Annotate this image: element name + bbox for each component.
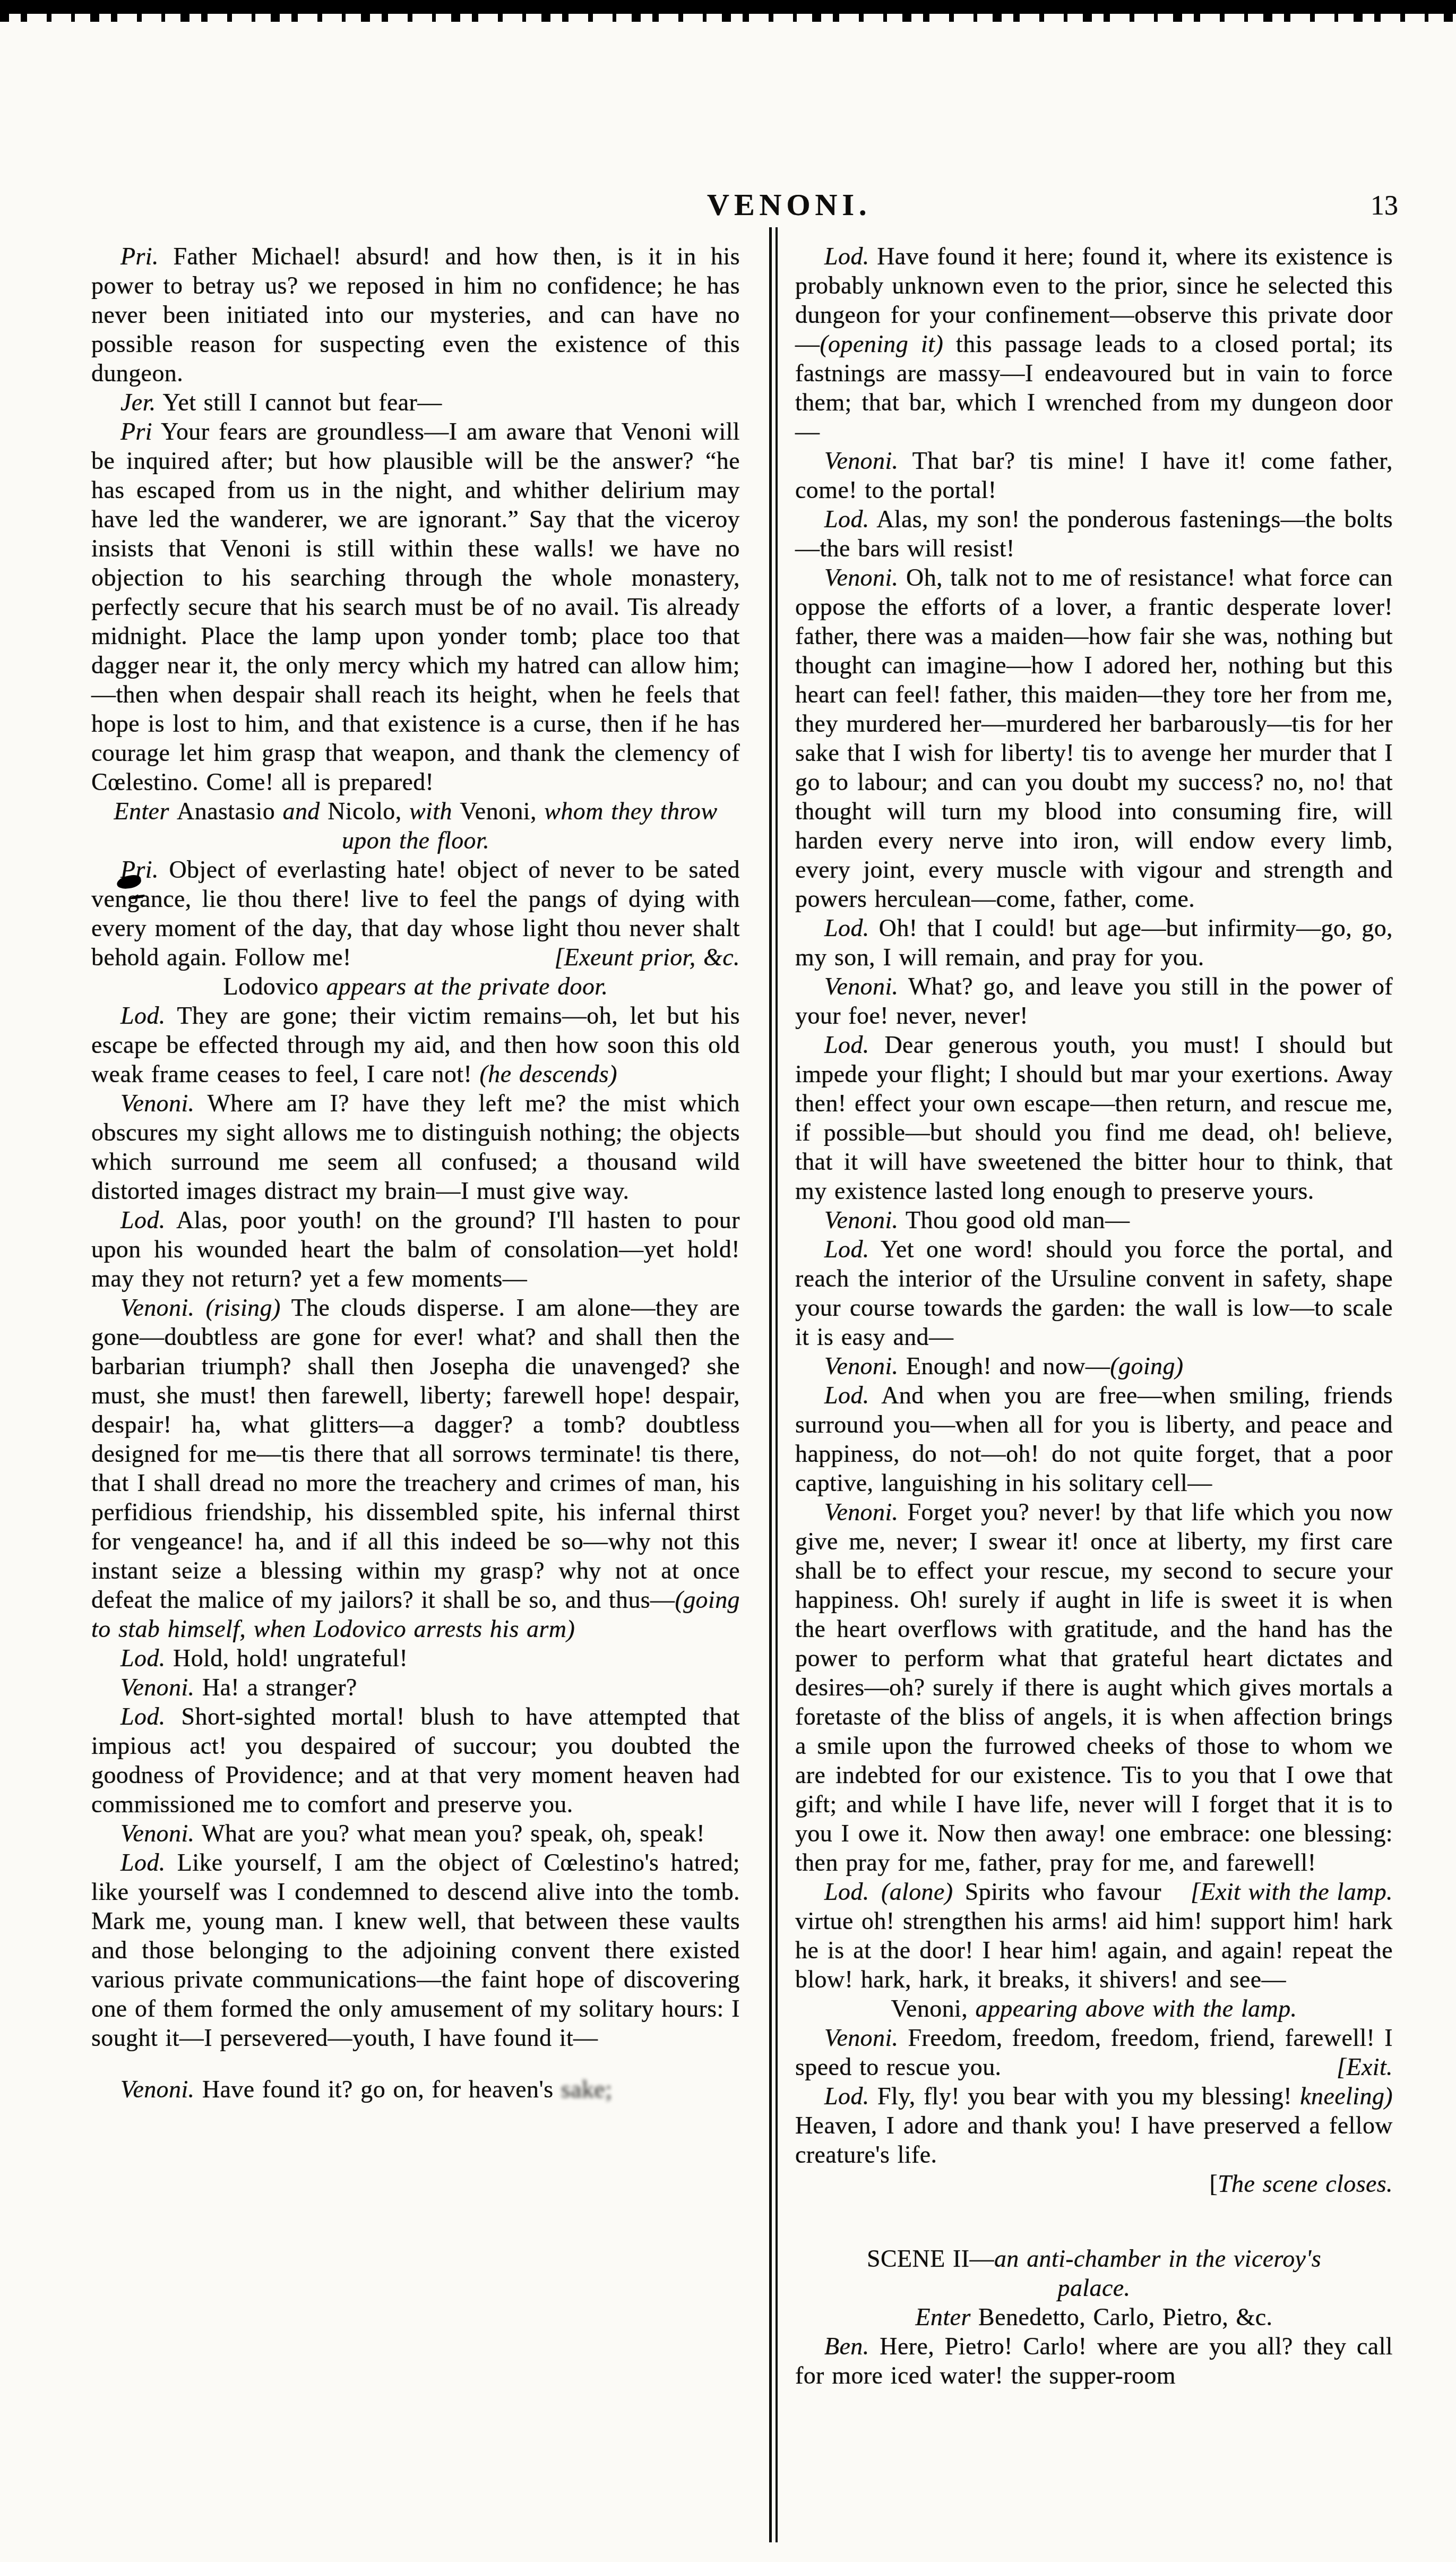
speech-paragraph: Lod. They are gone; their victim remains… <box>91 1001 740 1089</box>
stage-direction: Lodovico appears at the private door. <box>91 972 740 1001</box>
exit-direction: [The scene closes. <box>795 2169 1393 2198</box>
speech-paragraph: Venoni. Oh, talk not to me of resistance… <box>795 563 1393 913</box>
running-title: VENONI. <box>707 187 872 222</box>
stage-direction: Enter Benedetto, Carlo, Pietro, &c. <box>795 2302 1393 2332</box>
speech-paragraph: Venoni. Forget you? never! by that life … <box>795 1497 1393 1877</box>
scene-heading: SCENE II—an anti-chamber in the viceroy'… <box>837 2244 1351 2302</box>
running-head: VENONI. 13 <box>0 187 1456 229</box>
speech-paragraph: Venoni. (rising) The clouds disperse. I … <box>91 1293 740 1643</box>
speech-paragraph: Lod. Yet one word! should you force the … <box>795 1235 1393 1351</box>
speech-paragraph: Venoni. Thou good old man— <box>795 1205 1393 1235</box>
speech-paragraph: Pri Your fears are groundless—I am aware… <box>91 417 740 796</box>
speech-paragraph: Lod. Alas, my son! the ponderous fasteni… <box>795 504 1393 563</box>
column-divider-rule <box>769 227 778 2542</box>
speech-paragraph: Lod. And when you are free—when smiling,… <box>795 1381 1393 1497</box>
speech-paragraph: Lod. Short-sighted mortal! blush to have… <box>91 1702 740 1819</box>
speech-paragraph: Lod. Alas, poor youth! on the ground? I'… <box>91 1205 740 1293</box>
book-page: VENONI. 13 Pri. Father Michael! absurd! … <box>0 0 1456 2562</box>
speech-paragraph: Lod. Have found it here; found it, where… <box>795 242 1393 446</box>
speech-paragraph: Lod. Dear generous youth, you must! I sh… <box>795 1030 1393 1205</box>
speech-paragraph: Venoni. What? go, and leave you still in… <box>795 972 1393 1030</box>
speech-paragraph: Venoni. Where am I? have they left me? t… <box>91 1089 740 1205</box>
speech-paragraph: Venoni. Freedom, freedom, freedom, frien… <box>795 2023 1393 2081</box>
right-column: Lod. Have found it here; found it, where… <box>795 242 1393 2390</box>
page-number: 13 <box>1371 190 1398 221</box>
speech-paragraph: Lod. Hold, hold! ungrateful! <box>91 1643 740 1673</box>
speech-paragraph: Lod. Like yourself, I am the object of C… <box>91 1848 740 2052</box>
speech-paragraph: Venoni. What are you? what mean you? spe… <box>91 1819 740 1848</box>
speech-paragraph: Jer. Yet still I cannot but fear— <box>91 388 740 417</box>
speech-paragraph: Venoni. Ha! a stranger? <box>91 1673 740 1702</box>
speech-paragraph: Ben. Here, Pietro! Carlo! where are you … <box>795 2332 1393 2390</box>
stage-direction: Enter Anastasio and Nicolo, with Venoni,… <box>91 796 740 855</box>
left-column: Pri. Father Michael! absurd! and how the… <box>91 242 740 2104</box>
speech-paragraph: Venoni. That bar? tis mine! I have it! c… <box>795 446 1393 504</box>
speech-paragraph: Lod. Oh! that I could! but age—but infir… <box>795 913 1393 972</box>
speech-paragraph: Venoni. Have found it? go on, for heaven… <box>91 2075 740 2104</box>
speech-paragraph: Lod. Fly, fly! you bear with you my bles… <box>795 2081 1393 2169</box>
scan-edge-artifact <box>0 0 1456 14</box>
stage-direction: Venoni, appearing above with the lamp. <box>795 1994 1393 2023</box>
speech-paragraph: Pri. Object of everlasting hate! object … <box>91 855 740 972</box>
speech-paragraph: Venoni. Enough! and now—(going) <box>795 1351 1393 1381</box>
speech-paragraph: Pri. Father Michael! absurd! and how the… <box>91 242 740 388</box>
